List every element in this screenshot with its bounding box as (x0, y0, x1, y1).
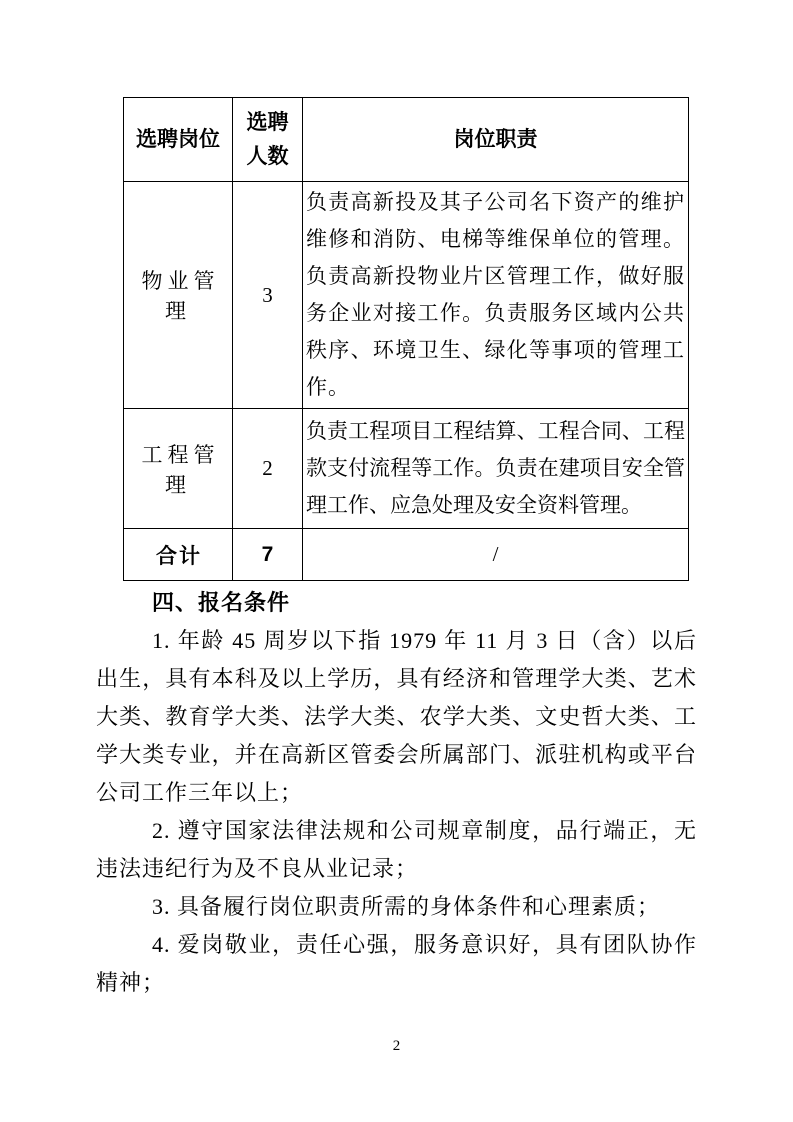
table-header-row: 选聘岗位 选聘人数 岗位职责 (124, 98, 689, 182)
duties-cell: 负责工程项目工程结算、工程合同、工程款支付流程等工作。负责在建项目安全管理工作、… (303, 409, 689, 529)
position-cell: 工程管理 (124, 409, 233, 529)
position-cell: 物业管理 (124, 182, 233, 409)
table-total-row: 合计 7 / (124, 529, 689, 581)
section-heading: 四、报名条件 (96, 584, 697, 622)
count-cell: 3 (233, 182, 303, 409)
count-cell: 2 (233, 409, 303, 529)
table-row: 工程管理 2 负责工程项目工程结算、工程合同、工程款支付流程等工作。负责在建项目… (124, 409, 689, 529)
table-header-count: 选聘人数 (233, 98, 303, 182)
table-row: 物业管理 3 负责高新投及其子公司名下资产的维护维修和消防、电梯等维保单位的管理… (124, 182, 689, 409)
total-duties-cell: / (303, 529, 689, 581)
duties-cell: 负责高新投及其子公司名下资产的维护维修和消防、电梯等维保单位的管理。负责高新投物… (303, 182, 689, 409)
table-header-position: 选聘岗位 (124, 98, 233, 182)
condition-paragraph-3: 3. 具备履行岗位职责所需的身体条件和心理素质； (96, 888, 697, 926)
condition-paragraph-2: 2. 遵守国家法律法规和公司规章制度，品行端正，无违法违纪行为及不良从业记录； (96, 812, 697, 888)
condition-paragraph-4: 4. 爱岗敬业，责任心强，服务意识好，具有团队协作精神； (96, 926, 697, 1002)
document-page: 选聘岗位 选聘人数 岗位职责 物业管理 3 负责高新投及其子公司名下资产的维护维… (0, 0, 793, 1122)
recruitment-table: 选聘岗位 选聘人数 岗位职责 物业管理 3 负责高新投及其子公司名下资产的维护维… (123, 97, 689, 581)
table-header-duties: 岗位职责 (303, 98, 689, 182)
total-count-cell: 7 (233, 529, 303, 581)
condition-paragraph-1: 1. 年龄 45 周岁以下指 1979 年 11 月 3 日（含）以后出生，具有… (96, 622, 697, 812)
document-body: 四、报名条件 1. 年龄 45 周岁以下指 1979 年 11 月 3 日（含）… (96, 584, 697, 1002)
total-label-cell: 合计 (124, 529, 233, 581)
page-number: 2 (0, 1036, 793, 1056)
